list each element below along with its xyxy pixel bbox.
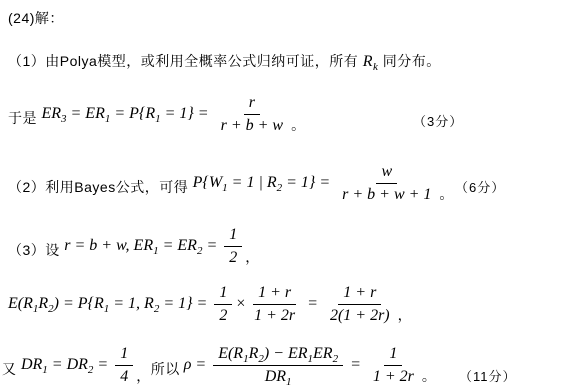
solution-header: (24)解： [8,8,64,28]
equation-rho: 又 DR1 = DR2 = 14，所以 ρ = E(R1R2) − ER1ER2… [2,345,436,385]
eq3-period: 。 [422,368,437,384]
equals-sign: = [346,356,365,373]
multiply-sign: × [235,295,246,312]
document-page: (24)解： （1）由Polya模型，或利用全概率公式归纳可证，所有 Rk 同分… [0,0,580,392]
fraction-one-quarter: 14 [115,345,133,385]
equation-er1r2: E(R1R2) = P{R1 = 1, R2 = 1} = 12×1 + r1 … [8,284,412,324]
fraction-denominator: 2(1 + 2r) [325,305,395,325]
fraction-r-over-rbw: rr + b + w [216,94,289,134]
eq1-lead: 于是 [8,110,37,126]
rho-symbol: ρ = [184,356,210,373]
score-badge-6: （6分） [455,177,505,196]
equation-er3: 于是 ER3 = ER1 = P{R1 = 1} = rr + b + w。 [8,94,306,134]
step1-text-after: 同分布。 [383,53,441,69]
eq1-math: ER3 = ER1 = P{R1 = 1} = rr + b + w。 [41,105,305,122]
step1-rk-variable: Rk [363,53,379,70]
fraction-denominator: 1 + 2r [249,305,300,325]
fraction-denominator: r + b + w [216,115,289,135]
step2-period: 。 [439,186,454,202]
eq3-lead: 又 [2,361,17,377]
fraction-1r-over-2-12r: 1 + r2(1 + 2r) [325,284,395,324]
fraction-denominator: 2 [224,247,242,267]
fraction-numerator: 1 [214,284,232,305]
eq3-comma: ， [136,368,151,384]
step3-math: r = b + w, ER1 = ER2 = 12， [64,237,260,254]
step3-comma: ， [245,249,260,265]
step3-setup-line: （3）设 r = b + w, ER1 = ER2 = 12， [8,226,260,266]
fraction-numerator: 1 + r [338,284,381,305]
step1-text-before: （1）由Polya模型，或利用全概率公式归纳可证，所有 [8,53,358,69]
fraction-one-half: 12 [224,226,242,266]
step2-text-before: （2）利用Bayes公式，可得 [8,179,188,195]
fraction-numerator: 1 + r [253,284,296,305]
equals-sign: = [303,295,322,312]
eq2-math: E(R1R2) = P{R1 = 1, R2 = 1} = 12×1 + r1 … [8,295,412,312]
fraction-one-half: 12 [214,284,232,324]
step3-text-before: （3）设 [8,242,60,258]
eq3-mid-text: 所以 [151,361,180,377]
step1-statement: （1）由Polya模型，或利用全概率公式归纳可证，所有 Rk 同分布。 [8,51,441,71]
score-badge-3: （3分） [413,111,463,130]
score-badge-11: （11分） [459,366,517,385]
eq1-period: 。 [291,117,306,133]
fraction-w-over-rbw1: wr + b + w + 1 [337,163,436,203]
fraction-denominator: 2 [214,305,232,325]
fraction-1-over-12r: 11 + 2r [368,345,419,385]
fraction-1r-over-12r: 1 + r1 + 2r [249,284,300,324]
step2-bayes-line: （2）利用Bayes公式，可得 P{W1 = 1 | R2 = 1} = wr … [8,163,454,203]
fraction-numerator: w [376,163,397,184]
fraction-numerator: E(R1R2) − ER1ER2 [213,345,343,366]
eq3-math: DR1 = DR2 = 14，所以 ρ = E(R1R2) − ER1ER2DR… [21,356,436,373]
fraction-denominator: DR1 [260,366,297,386]
fraction-covariance: E(R1R2) − ER1ER2DR1 [213,345,343,385]
fraction-denominator: 4 [115,366,133,386]
fraction-numerator: 1 [115,345,133,366]
eq2-comma: ， [398,307,413,323]
fraction-numerator: 1 [384,345,402,366]
step2-math: P{W1 = 1 | R2 = 1} = wr + b + w + 1。 [193,174,454,191]
fraction-numerator: 1 [224,226,242,247]
fraction-denominator: r + b + w + 1 [337,184,436,204]
solution-header-text: (24)解： [8,10,64,26]
fraction-numerator: r [244,94,260,115]
fraction-denominator: 1 + 2r [368,366,419,386]
